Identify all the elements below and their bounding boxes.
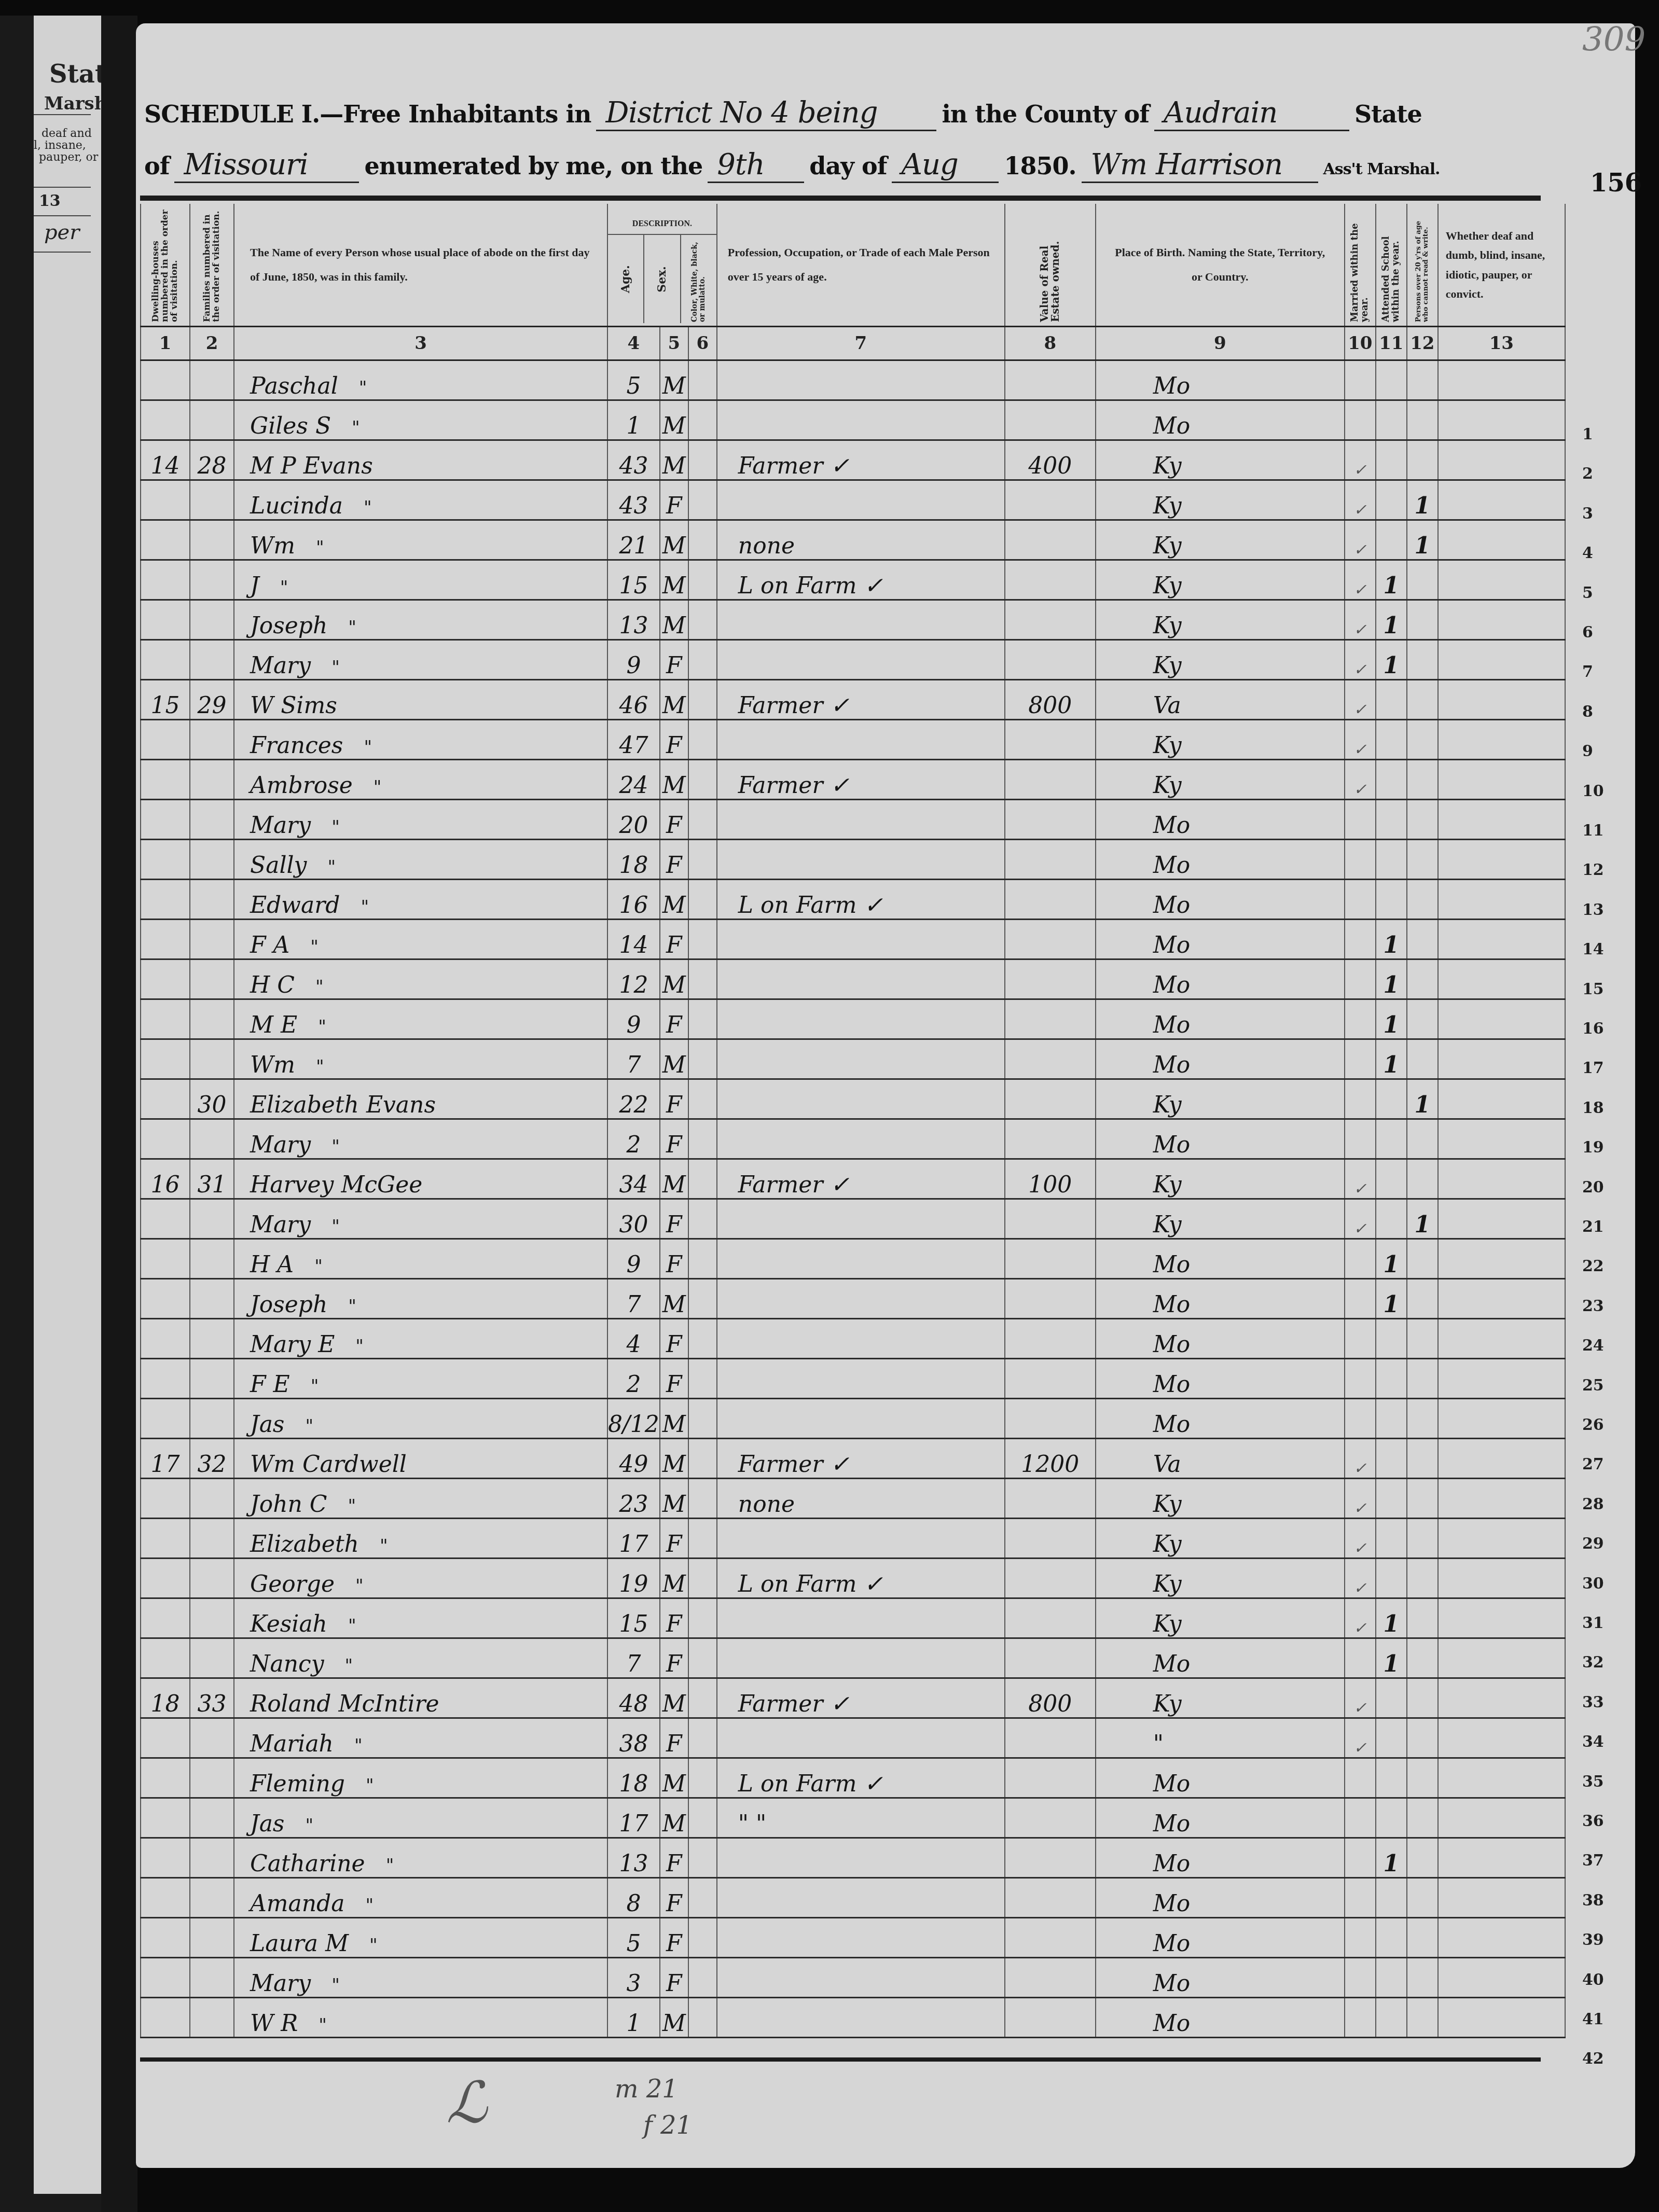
- attended-school-cell: 1: [1376, 1838, 1407, 1878]
- line-number: 14: [1582, 940, 1604, 958]
- cannot-read-write-cell: [1407, 1159, 1438, 1199]
- sex-value: M: [662, 1691, 686, 1717]
- occupation-cell: L on Farm ✓: [717, 880, 1005, 920]
- real-estate-value-cell: [1005, 1359, 1096, 1399]
- person-name-value: Paschal: [250, 373, 338, 399]
- cannot-read-write-cell: [1407, 1598, 1438, 1638]
- attended-school-cell: 1: [1376, 999, 1407, 1039]
- birthplace-cell: Mo: [1096, 1039, 1345, 1079]
- sex-cell: M: [660, 1159, 688, 1199]
- age-cell: 43: [607, 440, 660, 480]
- disability-cell: [1438, 1239, 1565, 1279]
- occupation-cell: L on Farm ✓: [717, 560, 1005, 600]
- cannot-read-write-cell: [1407, 560, 1438, 600]
- dwelling-number-cell: [141, 1958, 190, 1998]
- family-number-cell: 29: [190, 680, 234, 720]
- color-cell: [688, 680, 717, 720]
- color-cell: [688, 1878, 717, 1918]
- dwelling-number-cell: [141, 1638, 190, 1678]
- family-number-cell: [190, 360, 234, 400]
- sex-value: F: [666, 1611, 682, 1637]
- sex-cell: M: [660, 1039, 688, 1079]
- age-cell: 7: [607, 1279, 660, 1319]
- attended-school-cell: 1: [1376, 600, 1407, 640]
- line-number: 38: [1582, 1891, 1604, 1910]
- age-cell: 13: [607, 1838, 660, 1878]
- ditto-mark: ": [310, 937, 319, 957]
- disability-cell: [1438, 1279, 1565, 1319]
- family-number-cell: [190, 1119, 234, 1159]
- birthplace-cell: Mo: [1096, 1958, 1345, 1998]
- birthplace-cell: Ky: [1096, 560, 1345, 600]
- line-number: 24: [1582, 1337, 1604, 1355]
- age-value: 5: [626, 373, 641, 399]
- col-number: 10: [1345, 327, 1376, 360]
- color-cell: [688, 440, 717, 480]
- ditto-mark: ": [305, 1815, 313, 1836]
- dwelling-number-value: 17: [151, 1451, 180, 1478]
- occupation-cell: [717, 1279, 1005, 1319]
- attended-school-cell: [1376, 680, 1407, 720]
- sex-cell: F: [660, 1239, 688, 1279]
- dwelling-number-cell: [141, 400, 190, 440]
- dwelling-number-cell: [141, 760, 190, 800]
- dwelling-number-cell: [141, 1718, 190, 1758]
- family-number-cell: [190, 1399, 234, 1439]
- married-within-year-cell: [1345, 840, 1376, 880]
- occupation-cell: [717, 1838, 1005, 1878]
- fragment-insane-label: l, insane,: [34, 139, 86, 152]
- age-cell: 38: [607, 1718, 660, 1758]
- age-value: 2: [626, 1371, 641, 1398]
- attended-school-cell: [1376, 1479, 1407, 1519]
- person-name-cell: Wm": [234, 1039, 607, 1079]
- person-name-cell: Joseph": [234, 1279, 607, 1319]
- age-cell: 18: [607, 840, 660, 880]
- real-estate-value-cell: [1005, 1559, 1096, 1598]
- birthplace-cell: Mo: [1096, 1798, 1345, 1838]
- cannot-read-write-cell: [1407, 1239, 1438, 1279]
- table-row: Catharine"13FMo1: [141, 1838, 1565, 1878]
- ditto-mark: ": [319, 2015, 327, 2036]
- line-number: 40: [1582, 1971, 1604, 1989]
- sex-cell: M: [660, 520, 688, 560]
- sex-cell: F: [660, 1199, 688, 1239]
- color-cell: [688, 1199, 717, 1239]
- occupation-value: Farmer ✓: [738, 1451, 849, 1478]
- family-number-cell: [190, 920, 234, 959]
- age-value: 47: [619, 732, 648, 759]
- dwelling-number-cell: [141, 1918, 190, 1958]
- real-estate-value-cell: [1005, 1119, 1096, 1159]
- married-within-year-cell: ✓: [1345, 1199, 1376, 1239]
- age-value: 9: [626, 1012, 641, 1038]
- cannot-read-write-cell: [1407, 1039, 1438, 1079]
- age-value: 16: [619, 892, 648, 919]
- table-row: Mary"3FMo: [141, 1958, 1565, 1998]
- person-name-value: Lucinda: [250, 493, 343, 519]
- real-estate-value-value: 400: [1028, 453, 1072, 479]
- attended-school-cell: [1376, 1199, 1407, 1239]
- disability-cell: [1438, 600, 1565, 640]
- attended-school-cell: 1: [1376, 1239, 1407, 1279]
- sex-cell: M: [660, 600, 688, 640]
- line-number: 19: [1582, 1138, 1604, 1157]
- cannot-read-write-cell: [1407, 999, 1438, 1039]
- sex-value: F: [666, 1371, 682, 1398]
- sex-cell: M: [660, 760, 688, 800]
- family-number-cell: [190, 520, 234, 560]
- person-name-cell: Mary": [234, 1199, 607, 1239]
- person-name-cell: Jas": [234, 1399, 607, 1439]
- occupation-value: Farmer ✓: [738, 1172, 849, 1198]
- married-within-year-value: ✓: [1353, 1699, 1366, 1717]
- occupation-cell: [717, 600, 1005, 640]
- age-cell: 13: [607, 600, 660, 640]
- col-header-name: The Name of every Person whose usual pla…: [234, 204, 607, 327]
- real-estate-value-cell: [1005, 840, 1096, 880]
- ditto-mark: ": [348, 617, 356, 638]
- married-within-year-value: ✓: [1353, 741, 1366, 759]
- birthplace-cell: Mo: [1096, 1918, 1345, 1958]
- person-name-value: Sally: [250, 852, 307, 879]
- attended-school-value: 1: [1384, 1851, 1400, 1877]
- family-number-cell: [190, 1319, 234, 1359]
- age-value: 17: [619, 1531, 648, 1557]
- table-row: Jas"17M" "Mo: [141, 1798, 1565, 1838]
- sex-value: M: [662, 373, 686, 399]
- ditto-mark: ": [305, 1416, 313, 1437]
- of-label: of: [144, 152, 169, 180]
- cannot-read-write-cell: [1407, 1119, 1438, 1159]
- birthplace-value: Va: [1153, 692, 1181, 719]
- birthplace-value: Mo: [1153, 1771, 1191, 1797]
- age-cell: 19: [607, 1559, 660, 1598]
- real-estate-value-cell: [1005, 1918, 1096, 1958]
- birthplace-cell: Mo: [1096, 1239, 1345, 1279]
- ditto-mark: ": [331, 1136, 340, 1157]
- real-estate-value-value: 800: [1028, 1691, 1072, 1717]
- real-estate-value-cell: 100: [1005, 1159, 1096, 1199]
- ditto-mark: ": [348, 1496, 356, 1517]
- person-name-cell: Mary E": [234, 1319, 607, 1359]
- age-cell: 46: [607, 680, 660, 720]
- sex-value: F: [666, 493, 682, 519]
- sex-cell: F: [660, 1958, 688, 1998]
- dwelling-number-cell: 16: [141, 1159, 190, 1199]
- married-within-year-cell: ✓: [1345, 720, 1376, 760]
- occupation-value: Farmer ✓: [738, 453, 849, 479]
- person-name-value: Edward: [250, 892, 340, 919]
- cannot-read-write-cell: [1407, 1678, 1438, 1718]
- family-number-cell: 30: [190, 1079, 234, 1119]
- dwelling-number-cell: [141, 1319, 190, 1359]
- line-number: 25: [1582, 1376, 1604, 1395]
- col-header-birthplace: Place of Birth. Naming the State, Territ…: [1096, 204, 1345, 327]
- birthplace-cell: Mo: [1096, 1399, 1345, 1439]
- married-within-year-cell: [1345, 800, 1376, 840]
- disability-cell: [1438, 840, 1565, 880]
- line-number: 12: [1582, 861, 1604, 879]
- dwelling-number-cell: [141, 520, 190, 560]
- disability-cell: [1438, 1439, 1565, 1479]
- col-number: 4: [607, 327, 660, 360]
- person-name-cell: Jas": [234, 1798, 607, 1838]
- table-row: Sally"18FMo: [141, 840, 1565, 880]
- dwelling-number-cell: [141, 1798, 190, 1838]
- line-number: 29: [1582, 1535, 1604, 1553]
- occupation-cell: [717, 840, 1005, 880]
- person-name-cell: Elizabeth Evans: [234, 1079, 607, 1119]
- age-value: 1: [626, 2010, 641, 2037]
- table-row: Giles S"1MMo: [141, 400, 1565, 440]
- sex-value: M: [662, 692, 686, 719]
- attended-school-cell: [1376, 1998, 1407, 2038]
- sex-value: M: [662, 1771, 686, 1797]
- person-name-cell: H C": [234, 959, 607, 999]
- cannot-read-write-cell: [1407, 1559, 1438, 1598]
- person-name-cell: Kesiah": [234, 1598, 607, 1638]
- attended-school-cell: [1376, 1079, 1407, 1119]
- married-within-year-cell: [1345, 1958, 1376, 1998]
- line-number: 4: [1582, 544, 1593, 562]
- married-within-year-value: ✓: [1353, 461, 1366, 479]
- line-number: 9: [1582, 742, 1593, 760]
- birthplace-cell: Mo: [1096, 1119, 1345, 1159]
- table-row: J"15ML on Farm ✓Ky✓1: [141, 560, 1565, 600]
- attended-school-cell: [1376, 1359, 1407, 1399]
- age-value: 5: [626, 1930, 641, 1957]
- line-number: 27: [1582, 1455, 1604, 1473]
- ditto-mark: ": [361, 897, 369, 917]
- occupation-cell: [717, 1079, 1005, 1119]
- dwelling-number-cell: [141, 1878, 190, 1918]
- table-row: Elizabeth"17FKy✓: [141, 1519, 1565, 1559]
- sex-value: F: [666, 812, 682, 839]
- birthplace-cell: Va: [1096, 1439, 1345, 1479]
- attended-school-value: 1: [1384, 972, 1400, 998]
- attended-school-cell: [1376, 1519, 1407, 1559]
- married-within-year-cell: ✓: [1345, 440, 1376, 480]
- line-number: 36: [1582, 1812, 1604, 1830]
- table-row: H C"12MMo1: [141, 959, 1565, 999]
- table-row: Paschal"5MMo: [141, 360, 1565, 400]
- person-name-value: Kesiah: [250, 1611, 327, 1637]
- family-number-cell: [190, 1359, 234, 1399]
- cannot-read-write-cell: [1407, 1718, 1438, 1758]
- person-name-value: Nancy: [250, 1651, 324, 1677]
- age-cell: 48: [607, 1678, 660, 1718]
- family-number-cell: [190, 480, 234, 520]
- sex-value: F: [666, 1251, 682, 1278]
- family-number-cell: [190, 1598, 234, 1638]
- birthplace-cell: Mo: [1096, 1359, 1345, 1399]
- col-number: 2: [190, 327, 234, 360]
- sex-cell: F: [660, 1718, 688, 1758]
- ditto-mark: ": [386, 1855, 394, 1876]
- attended-school-cell: [1376, 1159, 1407, 1199]
- age-value: 13: [619, 613, 648, 639]
- color-cell: [688, 1039, 717, 1079]
- table-row: Fleming"18ML on Farm ✓Mo: [141, 1758, 1565, 1798]
- line-number: 5: [1582, 584, 1593, 602]
- married-within-year-value: ✓: [1353, 1220, 1366, 1238]
- person-name-value: Mary: [250, 1212, 311, 1238]
- birthplace-value: Mo: [1153, 932, 1191, 958]
- married-within-year-cell: [1345, 1878, 1376, 1918]
- occupation-cell: none: [717, 1479, 1005, 1519]
- married-within-year-cell: ✓: [1345, 1598, 1376, 1638]
- person-name-value: Laura M: [250, 1930, 349, 1957]
- color-cell: [688, 959, 717, 999]
- family-number-cell: [190, 400, 234, 440]
- sex-value: M: [662, 1291, 686, 1318]
- attended-school-cell: [1376, 1439, 1407, 1479]
- attended-school-cell: 1: [1376, 1039, 1407, 1079]
- dwelling-number-cell: [141, 840, 190, 880]
- sex-cell: F: [660, 720, 688, 760]
- table-row: F A"14FMo1: [141, 920, 1565, 959]
- age-value: 9: [626, 652, 641, 679]
- birthplace-cell: Mo: [1096, 1319, 1345, 1359]
- cannot-read-write-cell: [1407, 1479, 1438, 1519]
- line-number: 11: [1582, 822, 1604, 840]
- family-number-cell: [190, 600, 234, 640]
- table-row: Wm"7MMo1: [141, 1039, 1565, 1079]
- age-cell: 8/12: [607, 1399, 660, 1439]
- family-number-value: 29: [198, 692, 227, 719]
- attended-school-value: 1: [1384, 613, 1400, 639]
- birthplace-cell: Ky: [1096, 520, 1345, 560]
- table-row: 1833Roland McIntire48MFarmer ✓800Ky✓: [141, 1678, 1565, 1718]
- table-row: 1428M P Evans43MFarmer ✓400Ky✓: [141, 440, 1565, 480]
- dwelling-number-cell: 17: [141, 1439, 190, 1479]
- cannot-read-write-cell: [1407, 1279, 1438, 1319]
- sex-value: F: [666, 732, 682, 759]
- real-estate-value-cell: [1005, 880, 1096, 920]
- birthplace-cell: Ky: [1096, 760, 1345, 800]
- real-estate-value-cell: [1005, 1319, 1096, 1359]
- birthplace-value: Mo: [1153, 1331, 1191, 1358]
- disability-cell: [1438, 800, 1565, 840]
- table-row: F E"2FMo: [141, 1359, 1565, 1399]
- dwelling-number-cell: [141, 1598, 190, 1638]
- disability-cell: [1438, 1918, 1565, 1958]
- birthplace-cell: Ky: [1096, 1559, 1345, 1598]
- sex-cell: M: [660, 1758, 688, 1798]
- occupation-cell: L on Farm ✓: [717, 1559, 1005, 1598]
- occupation-cell: [717, 800, 1005, 840]
- cannot-read-write-cell: [1407, 760, 1438, 800]
- cannot-read-write-cell: [1407, 1958, 1438, 1998]
- sex-cell: M: [660, 400, 688, 440]
- table-row: John C"23MnoneKy✓: [141, 1479, 1565, 1519]
- cannot-read-write-cell: [1407, 840, 1438, 880]
- person-name-value: Wm: [250, 1052, 295, 1078]
- color-cell: [688, 1678, 717, 1718]
- disability-cell: [1438, 520, 1565, 560]
- disability-cell: [1438, 560, 1565, 600]
- person-name-value: John C: [250, 1491, 327, 1518]
- attended-school-cell: 1: [1376, 959, 1407, 999]
- table-row: Lucinda"43FKy✓1: [141, 480, 1565, 520]
- disability-cell: [1438, 1638, 1565, 1678]
- age-value: 34: [619, 1172, 648, 1198]
- disability-cell: [1438, 1159, 1565, 1199]
- top-border-rule: [140, 196, 1541, 201]
- table-row: Ambrose"24MFarmer ✓Ky✓: [141, 760, 1565, 800]
- fragment-column-number: 13: [39, 192, 61, 210]
- family-number-cell: [190, 880, 234, 920]
- age-cell: 23: [607, 1479, 660, 1519]
- age-value: 46: [619, 692, 648, 719]
- col-number: 11: [1376, 327, 1407, 360]
- real-estate-value-cell: [1005, 1798, 1096, 1838]
- attended-school-cell: 1: [1376, 1279, 1407, 1319]
- real-estate-value-cell: 800: [1005, 1678, 1096, 1718]
- married-within-year-value: ✓: [1353, 1619, 1366, 1637]
- cannot-read-write-cell: 1: [1407, 1079, 1438, 1119]
- cannot-read-write-cell: [1407, 1998, 1438, 2038]
- married-within-year-cell: [1345, 1638, 1376, 1678]
- birthplace-value: Ky: [1153, 1531, 1182, 1557]
- married-within-year-cell: [1345, 1079, 1376, 1119]
- dwelling-number-cell: [141, 1838, 190, 1878]
- dwelling-number-cell: 15: [141, 680, 190, 720]
- married-within-year-value: ✓: [1353, 781, 1366, 799]
- married-within-year-cell: [1345, 1279, 1376, 1319]
- occupation-cell: [717, 1638, 1005, 1678]
- disability-cell: [1438, 640, 1565, 680]
- age-cell: 1: [607, 400, 660, 440]
- birthplace-cell: Mo: [1096, 400, 1345, 440]
- age-value: 21: [619, 533, 648, 559]
- married-within-year-cell: [1345, 1798, 1376, 1838]
- occupation-cell: [717, 1878, 1005, 1918]
- attended-school-cell: [1376, 400, 1407, 440]
- occupation-cell: Farmer ✓: [717, 760, 1005, 800]
- cannot-read-write-value: 1: [1415, 533, 1431, 559]
- person-name-value: Mary: [250, 812, 311, 839]
- state-label: State: [1354, 100, 1422, 128]
- line-number: 33: [1582, 1693, 1604, 1712]
- birthplace-value: Mo: [1153, 892, 1191, 919]
- occupation-value: Farmer ✓: [738, 692, 849, 719]
- real-estate-value-cell: [1005, 1239, 1096, 1279]
- person-name-value: Mary: [250, 652, 311, 679]
- person-name-value: Giles S: [250, 413, 331, 439]
- birthplace-cell: Mo: [1096, 920, 1345, 959]
- table-row: Mary"2FMo: [141, 1119, 1565, 1159]
- sex-cell: M: [660, 959, 688, 999]
- age-value: 14: [619, 932, 648, 958]
- disability-cell: [1438, 880, 1565, 920]
- occupation-value: " ": [738, 1811, 766, 1837]
- married-within-year-cell: ✓: [1345, 1439, 1376, 1479]
- age-value: 7: [626, 1651, 641, 1677]
- ditto-mark: ": [314, 1256, 323, 1277]
- person-name-value: H A: [250, 1251, 294, 1278]
- age-cell: 9: [607, 1239, 660, 1279]
- ditto-mark: ": [348, 1616, 356, 1636]
- person-name-cell: Wm Cardwell: [234, 1439, 607, 1479]
- sex-value: M: [662, 1052, 686, 1078]
- table-row: 1631Harvey McGee34MFarmer ✓100Ky✓: [141, 1159, 1565, 1199]
- col-number: 3: [234, 327, 607, 360]
- occupation-value: none: [738, 533, 795, 559]
- real-estate-value-cell: [1005, 1519, 1096, 1559]
- line-number: 7: [1582, 663, 1593, 681]
